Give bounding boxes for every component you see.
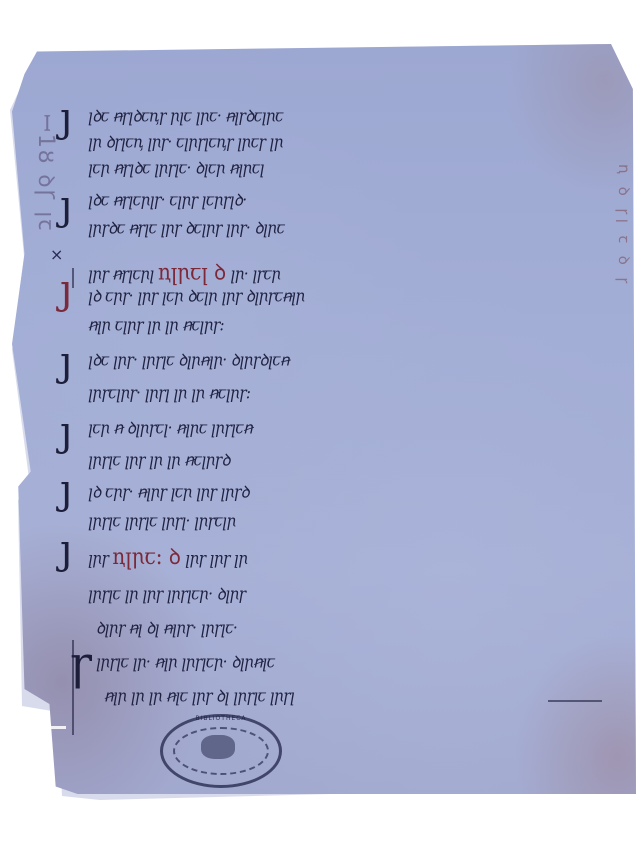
initial-stroke xyxy=(72,640,74,735)
text-line: ꞥꞁꞃ ꞁꞃ ꞁꞃ ꞥꞁꞇ ꞁꞃꞅ ꝺꞁ ꞁꞃꞅꞁꞇ ꞁꞃꞅꞁ xyxy=(104,685,294,707)
text-line: ꞁꞃ ꝺꞅꞁꞇꞑ ꞁꞃꞅ· ꞇꞁꞃꞅꞁꞇꞑꞅ ꞁꞃꞇꞅ ꞁꞃ xyxy=(88,131,283,153)
text-line-start: ꞁꞃꞅ ꞥꞅꞁꞇꞃꞁ xyxy=(88,264,154,284)
text-line-end: ꞁꞃ· ꞁꞅꞇꞃ xyxy=(230,264,280,284)
initial-letter: ȷ xyxy=(60,98,72,138)
line-end-rule xyxy=(548,700,602,702)
text-line: ꞁꞃꞅ ꞑꞁꞃꞇ: ꝺ ꞁꞃꞅ ꞁꞃꞅ ꞁꞃ xyxy=(88,541,247,571)
edge-tear xyxy=(14,726,66,729)
manuscript-photo: ꟷ1ȣ ꝺꞄ ꞁꞇ ꞑ ꝺ ꞅꞁ ꞇ ꝺ ꞅ × ȷ ȷ ȷ ȷ ȷ ȷ ȷ ꞅ… xyxy=(0,0,640,853)
right-margin-undertext: ꞑ ꝺ ꞅꞁ ꞇ ꝺ ꞅ xyxy=(604,164,634,524)
initial-letter: ȷ xyxy=(60,186,72,226)
text-line: ꝺꞁꞃꞅ ꞥꞁ ꝺꞁ ꞥꞁꞃꞅ· ꞁꞃꞅꞁꞇ· xyxy=(96,617,237,639)
text-line: ꞁꞃꞅꞁꞇ ꞁꞃꞅ ꞁꞃ ꞁꞃ ꞥꞇꞁꞃꞅꝺ xyxy=(88,449,230,471)
initial-stroke xyxy=(72,268,74,288)
initial-letter: ȷ xyxy=(60,470,72,510)
text-line: ꞁꞃꞅꞁꞇ ꞁꞃ ꞁꞃꞅ ꞁꞃꞅꞁꞇꞃ· ꝺꞁꞃꞅ xyxy=(88,583,245,605)
stamp-label: BIBLIOTHECA xyxy=(163,715,279,722)
text-line: ꞁꞃꞅꞁꞇ ꞁꞃꞅꞁꞇ ꞁꞃꞅꞁ· ꞁꞃꞅꞇꞁꞃ xyxy=(88,511,236,531)
initial-letter: ȷ xyxy=(60,530,72,570)
text-line: ꞁꞃꞅ ꞥꞅꞁꞇꞃꞁ ꞑꞁꞃꞇꞁ ꝺ ꞁꞃ· ꞁꞅꞇꞃ xyxy=(88,257,280,287)
cross-mark: × xyxy=(50,245,63,264)
initial-letter: ȷ xyxy=(60,412,72,452)
stamp-emblem xyxy=(201,735,235,759)
text-line: ꞁꞇꞃ ꞥ ꝺꞁꞃꞅꞇꞁ· ꞥꞁꞃꞇ ꞁꞃꞅꞁꞇꞥ xyxy=(88,417,252,439)
text-line: ꞁꞃꞅꝺꞇ ꞥꞅꞁꞇ ꞁꞃꞅ ꝺꞇꞁꞃꞅ ꞁꞃꞅ· ꝺꞁꞃꞇ xyxy=(88,217,284,239)
text-line: ꞁꝺ ꞇꞃꞅ· ꞁꞃꞅ ꞁꞇꞃ ꝺꞇꞁꞃ ꞁꞃꞅ ꝺꞁꞃꞅꞇꞥꞁꞃ xyxy=(88,285,305,307)
text-line: ꞁꝺꞇ ꞥꞅꞁꝺꞇꞑꞅ ꞃꞁꞇ ꞁꞃꞇ· ꞥꞁꞅꝺꞇꞁꞃꞇ xyxy=(88,105,283,127)
text-line: ꞁꞇꞃ ꞥꞅꞁꝺꞇ ꞁꞃꞅꞁꞇ· ꝺꞁꞇꞃ ꞥꞁꞃꞇꞁ xyxy=(88,157,264,179)
initial-letter: ȷ xyxy=(60,342,72,382)
text-line: ꞁꝺꞇ ꞥꞅꞁꞇꞃꞁꞅ· ꞇꞁꞃꞅ ꞁꞇꞃꞅꞁꝺ· xyxy=(88,189,247,211)
library-stamp: BIBLIOTHECA xyxy=(160,714,282,788)
rubric-title: ꞑꞁꞃꞇꞁ ꝺ xyxy=(158,259,226,285)
text-line: ꞁꞃꞅꞁꞇ ꞁꞃ· ꞥꞁꞃ ꞁꞃꞅꞁꞇꞃ· ꝺꞁꞃꞥꞁꞇ xyxy=(96,651,275,673)
text-line: ꞁꝺ ꞇꞃꞅ· ꞥꞁꞃꞅ ꞁꞇꞃ ꞁꞃꞅ ꞁꞃꞅꝺ xyxy=(88,481,249,503)
text-line-start: ꞁꞃꞅ xyxy=(88,548,108,568)
rubric-title: ꞑꞁꞃꞇ: ꝺ xyxy=(112,543,180,569)
initial-letter: ȷ xyxy=(60,270,72,310)
text-line: ꞁꞃꞅꞇꞁꞃꞅ· ꞁꞃꞅꞁ ꞁꞃ ꞁꞃ ꞥꞇꞁꞃꞅ: xyxy=(88,383,250,403)
text-line-end: ꞁꞃꞅ ꞁꞃꞅ ꞁꞃ xyxy=(185,548,247,568)
text-line: ꞥꞁꞃ ꞇꞁꞃꞅ ꞁꞃ ꞁꞃ ꞥꞇꞁꞃꞅ: xyxy=(88,315,224,335)
text-line: ꞁꝺꞇ ꞁꞃꞅ· ꞁꞃꞅꞁꞇ ꝺꞁꞃꞥꞁꞃ· ꝺꞁꞃꞅꝺꞁꞇꞥ xyxy=(88,349,289,371)
